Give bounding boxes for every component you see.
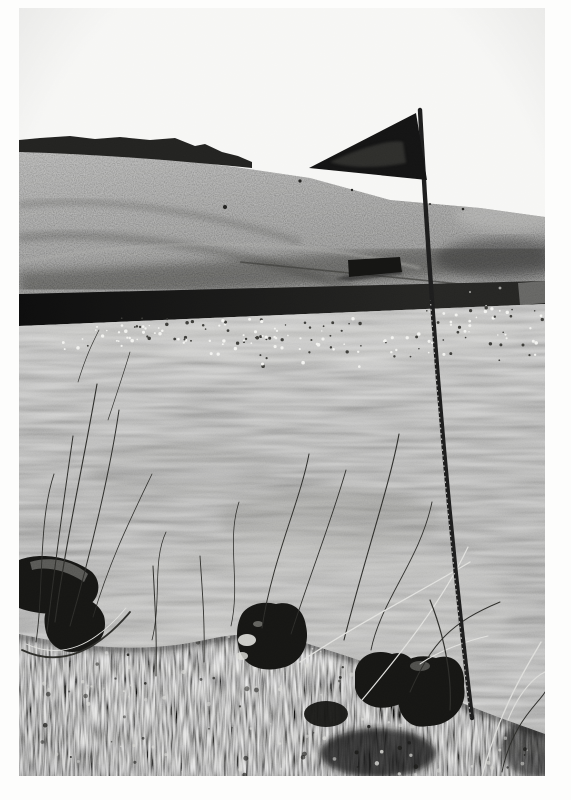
photo-alt-text: Black-and-white photograph: triangular m… bbox=[0, 0, 1, 1]
photo-print bbox=[19, 8, 545, 776]
photo-scene bbox=[19, 8, 545, 776]
photo-page: { "meta": { "alt": "Black-and-white phot… bbox=[0, 0, 571, 800]
vignette bbox=[19, 8, 545, 776]
